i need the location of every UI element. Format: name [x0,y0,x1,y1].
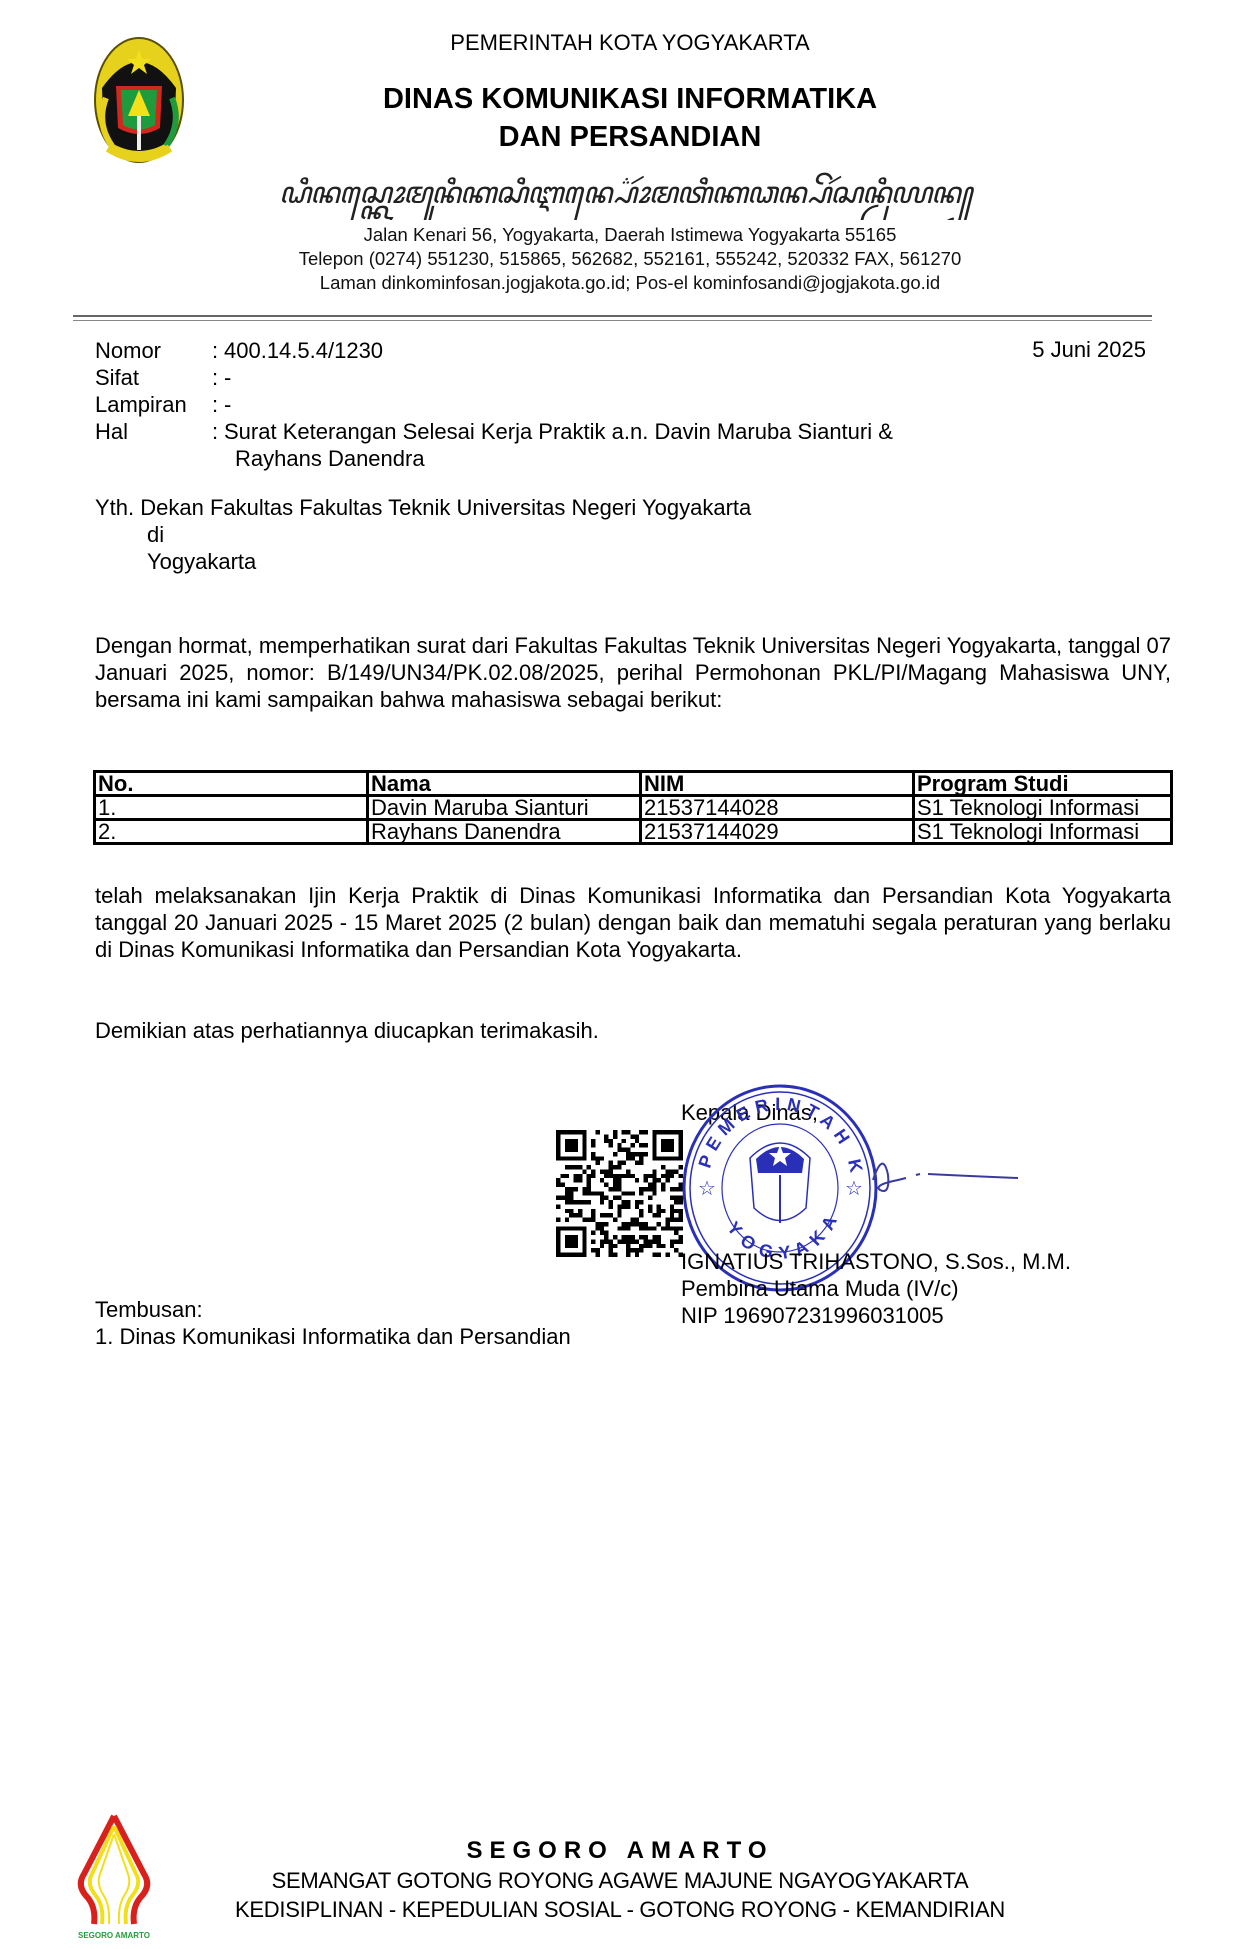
cell-program: S1 Teknologi Informasi [914,796,1172,820]
recipient-line: Yth. Dekan Fakultas Fakultas Teknik Univ… [95,494,751,521]
letter-attachment: - [224,391,1024,418]
meta-label: Hal [95,418,212,472]
handwritten-signature-icon [868,1150,1028,1210]
meta-colon: : [212,364,224,391]
agency-name-line2: DAN PERSANDIAN [300,118,960,156]
meta-colon: : [212,418,224,472]
meta-label: Lampiran [95,391,212,418]
letter-date: 5 Juni 2025 [1032,337,1146,363]
svg-text:☆: ☆ [698,1176,716,1200]
students-table: No. Nama NIM Program Studi 1. Davin Maru… [93,770,1173,845]
meta-label: Sifat [95,364,212,391]
javanese-script-name: ꦝꦶꦤꦱ꧀ꦏꦺꦴꦩꦸꦤꦶꦏꦱꦶꦆꦤ꧀ꦥ꦳ꦺꦴꦂꦩꦠꦶꦏꦣꦤ꧀ꦥꦼꦂꦱꦤ꧀ꦝꦶꦪꦤ… [255,170,995,220]
signer-name: IGNATIUS TRIHASTONO, S.Sos., M.M. [681,1248,1071,1275]
letter-number: 400.14.5.4/1230 [224,337,1024,364]
meta-colon: : [212,337,224,364]
meta-row-nomor: Nomor : 400.14.5.4/1230 [95,337,1024,364]
letter-nature: - [224,364,1024,391]
table-row: 1. Davin Maruba Sianturi 21537144028 S1 … [95,796,1172,820]
letterhead-rule-thin [73,320,1152,321]
column-header-nim: NIM [641,772,914,796]
government-name: PEMERINTAH KOTA YOGYAKARTA [320,30,940,56]
cell-no: 1. [95,796,368,820]
signer-rank: Pembina Utama Muda (IV/c) [681,1275,1071,1302]
letter-subject: Surat Keterangan Selesai Kerja Praktik a… [224,418,1024,472]
phone-line: Telepon (0274) 551230, 515865, 562682, 5… [220,247,1040,271]
letter-subject-line1: Surat Keterangan Selesai Kerja Praktik a… [224,419,893,444]
signer-nip: NIP 196907231996031005 [681,1302,1071,1329]
letter-subject-line2: Rayhans Danendra [224,446,425,471]
letter-meta: Nomor : 400.14.5.4/1230 Sifat : - Lampir… [95,337,1024,472]
table-row: 2. Rayhans Danendra 21537144029 S1 Tekno… [95,820,1172,844]
motto-line: SEMANGAT GOTONG ROYONG AGAWE MAJUNE NGAY… [230,1868,1010,1894]
agency-name-line1: DINAS KOMUNIKASI INFORMATIKA [300,80,960,118]
agency-contact: Jalan Kenari 56, Yogyakarta, Daerah Isti… [220,223,1040,295]
meta-label: Nomor [95,337,212,364]
completion-paragraph: telah melaksanakan Ijin Kerja Praktik di… [95,882,1171,963]
column-header-nama: Nama [368,772,641,796]
opening-paragraph: Dengan hormat, memperhatikan surat dari … [95,632,1171,713]
web-email-line: Laman dinkominfosan.jogjakota.go.id; Pos… [220,271,1040,295]
motto-title: SEGORO AMARTO [300,1837,940,1865]
signer-details: IGNATIUS TRIHASTONO, S.Sos., M.M. Pembin… [681,1248,1071,1329]
column-header-program: Program Studi [914,772,1172,796]
segoro-amarto-logo-icon: SEGORO AMARTO [76,1812,152,1942]
logo-caption: SEGORO AMARTO [78,1931,150,1940]
copies-heading: Tembusan: [95,1296,571,1323]
cell-name: Rayhans Danendra [368,820,641,844]
copies-block: Tembusan: 1. Dinas Komunikasi Informatik… [95,1296,571,1350]
letterhead-rule [73,315,1152,317]
meta-row-sifat: Sifat : - [95,364,1024,391]
values-line: KEDISIPLINAN - KEPEDULIAN SOSIAL - GOTON… [190,1897,1050,1923]
city-coat-of-arms-icon [86,28,192,168]
agency-name: DINAS KOMUNIKASI INFORMATIKA DAN PERSAND… [300,80,960,156]
meta-row-hal: Hal : Surat Keterangan Selesai Kerja Pra… [95,418,1024,472]
cell-nim: 21537144029 [641,820,914,844]
svg-text:☆: ☆ [845,1176,863,1200]
recipient-block: Yth. Dekan Fakultas Fakultas Teknik Univ… [95,494,751,575]
qr-code-icon [556,1130,683,1257]
cell-no: 2. [95,820,368,844]
address-line: Jalan Kenari 56, Yogyakarta, Daerah Isti… [220,223,1040,247]
cell-program: S1 Teknologi Informasi [914,820,1172,844]
meta-row-lampiran: Lampiran : - [95,391,1024,418]
recipient-preposition: di [95,521,751,548]
cell-name: Davin Maruba Sianturi [368,796,641,820]
meta-colon: : [212,391,224,418]
table-header-row: No. Nama NIM Program Studi [95,772,1172,796]
recipient-city: Yogyakarta [95,548,751,575]
closing-sentence: Demikian atas perhatiannya diucapkan ter… [95,1018,599,1044]
cell-nim: 21537144028 [641,796,914,820]
copies-item: 1. Dinas Komunikasi Informatika dan Pers… [95,1323,571,1350]
column-header-no: No. [95,772,368,796]
